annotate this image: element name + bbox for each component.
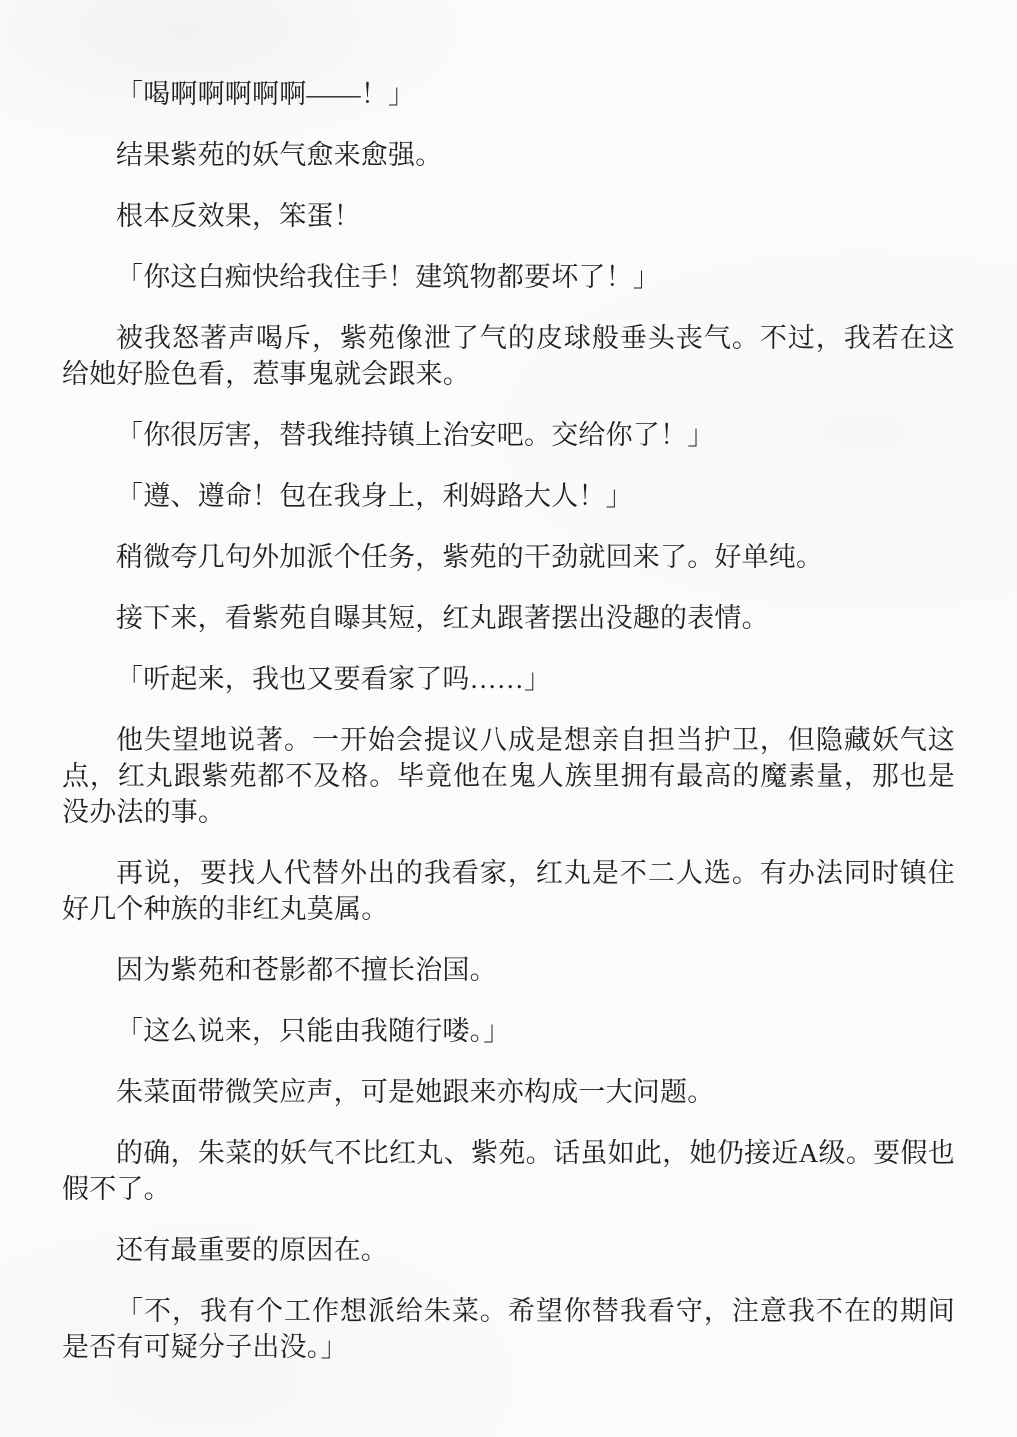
paragraph-4: 「你这白痴快给我住手！建筑物都要坏了！」 [62,259,955,295]
paragraph-1: 「喝啊啊啊啊啊——！」 [62,76,955,112]
paragraph-8: 稍微夸几句外加派个任务，紫苑的干劲就回来了。好单纯。 [62,539,955,575]
paragraph-17: 还有最重要的原因在。 [62,1232,955,1268]
paragraph-13: 因为紫苑和苍影都不擅长治国。 [62,952,955,988]
paragraph-10: 「听起来，我也又要看家了吗……」 [62,661,955,697]
paragraph-12: 再说，要找人代替外出的我看家，红丸是不二人选。有办法同时镇住好几个种族的非红丸莫… [62,855,955,927]
paragraph-14: 「这么说来，只能由我随行喽。」 [62,1013,955,1049]
paragraph-3: 根本反效果，笨蛋！ [62,198,955,234]
paragraph-2: 结果紫苑的妖气愈来愈强。 [62,137,955,173]
novel-text-block: 「喝啊啊啊啊啊——！」 结果紫苑的妖气愈来愈强。 根本反效果，笨蛋！ 「你这白痴… [62,76,955,1365]
paragraph-7: 「遵、遵命！包在我身上，利姆路大人！」 [62,478,955,514]
paragraph-15: 朱菜面带微笑应声，可是她跟来亦构成一大问题。 [62,1074,955,1110]
paragraph-11: 他失望地说著。一开始会提议八成是想亲自担当护卫，但隐藏妖气这点，红丸跟紫苑都不及… [62,722,955,830]
paragraph-5: 被我怒著声喝斥，紫苑像泄了气的皮球般垂头丧气。不过，我若在这给她好脸色看，惹事鬼… [62,320,955,392]
paragraph-9: 接下来，看紫苑自曝其短，红丸跟著摆出没趣的表情。 [62,600,955,636]
scanned-novel-page: 「喝啊啊啊啊啊——！」 结果紫苑的妖气愈来愈强。 根本反效果，笨蛋！ 「你这白痴… [0,0,1017,1437]
paragraph-16: 的确，朱菜的妖气不比红丸、紫苑。话虽如此，她仍接近A级。要假也假不了。 [62,1135,955,1207]
paragraph-18: 「不，我有个工作想派给朱菜。希望你替我看守，注意我不在的期间是否有可疑分子出没。… [62,1293,955,1365]
paragraph-6: 「你很厉害，替我维持镇上治安吧。交给你了！」 [62,417,955,453]
